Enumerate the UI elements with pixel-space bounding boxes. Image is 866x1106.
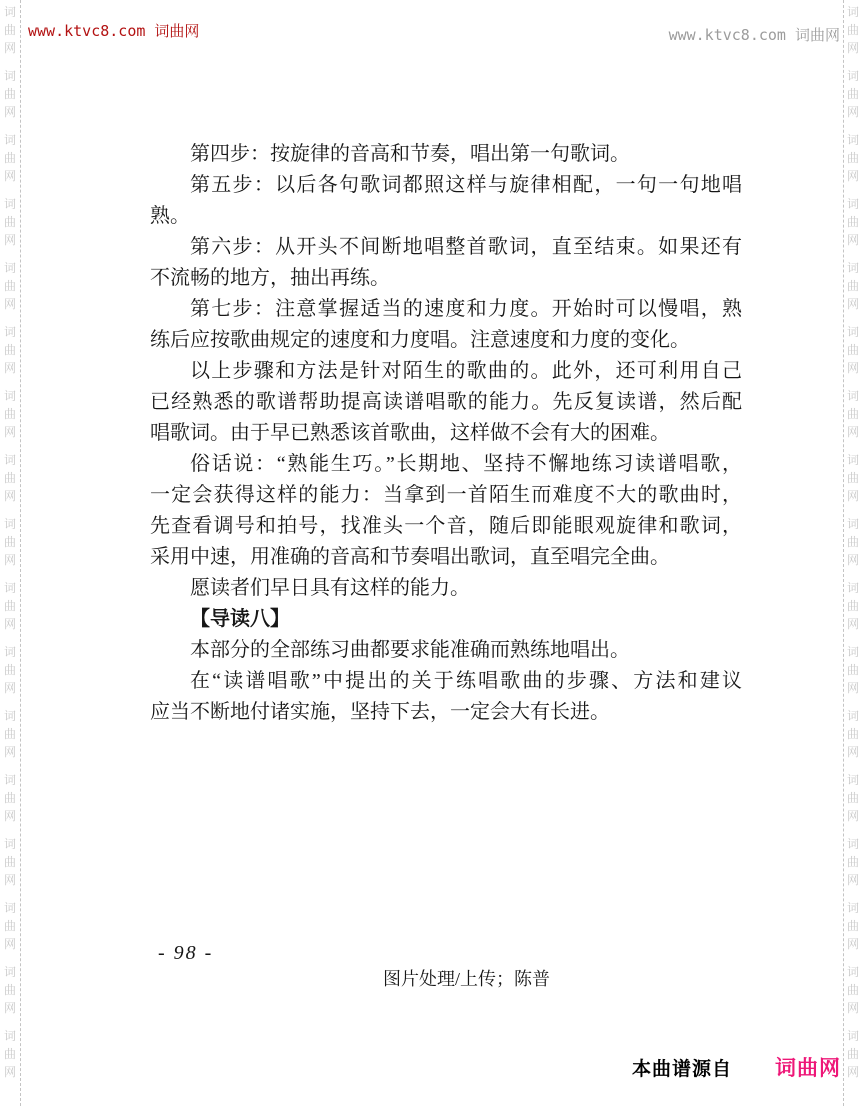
watermark-char: 曲	[846, 85, 860, 103]
watermark-char: 网	[3, 807, 17, 825]
watermark-char: 曲	[846, 853, 860, 871]
watermark-char: 网	[3, 487, 17, 505]
watermark-char: 网	[846, 807, 860, 825]
watermark-char: 曲	[846, 725, 860, 743]
watermark-char: 曲	[3, 853, 17, 871]
watermark-group: 词曲网	[3, 899, 17, 953]
watermark-group: 词曲网	[3, 131, 17, 185]
watermark-group: 词曲网	[3, 707, 17, 761]
watermark-char: 曲	[846, 661, 860, 679]
watermark-char: 网	[846, 679, 860, 697]
watermark-char: 曲	[846, 1045, 860, 1063]
text-line: 第四步：按旋律的音高和节奏，唱出第一句歌词。	[150, 139, 742, 170]
watermark-group: 词曲网	[846, 387, 860, 441]
watermark-group: 词曲网	[846, 67, 860, 121]
watermark-char: 曲	[3, 597, 17, 615]
watermark-char: 曲	[846, 533, 860, 551]
text-line: 先查看调号和拍号，找准头一个音，随后即能眼观旋律和歌词，	[150, 511, 742, 542]
watermark-char: 词	[846, 387, 860, 405]
watermark-char: 词	[3, 259, 17, 277]
watermark-char: 词	[3, 387, 17, 405]
watermark-char: 词	[846, 1027, 860, 1045]
text-line: 以上步骤和方法是针对陌生的歌曲的。此外，还可利用自己	[150, 356, 742, 387]
watermark-char: 网	[3, 103, 17, 121]
scanned-page: 词曲网词曲网词曲网词曲网词曲网词曲网词曲网词曲网词曲网词曲网词曲网词曲网词曲网词…	[0, 0, 866, 1106]
text-line: 本部分的全部练习曲都要求能准确而熟练地唱出。	[150, 635, 742, 666]
watermark-char: 网	[846, 103, 860, 121]
watermark-char: 词	[846, 323, 860, 341]
section-heading: 【导读八】	[150, 604, 742, 635]
watermark-char: 词	[3, 195, 17, 213]
watermark-char: 曲	[3, 981, 17, 999]
watermark-char: 曲	[846, 917, 860, 935]
watermark-char: 曲	[846, 213, 860, 231]
document-text: 第四步：按旋律的音高和节奏，唱出第一句歌词。第五步：以后各句歌词都照这样与旋律相…	[150, 139, 742, 728]
text-line: 熟。	[150, 201, 742, 232]
watermark-char: 词	[846, 259, 860, 277]
watermark-group: 词曲网	[3, 195, 17, 249]
watermark-char: 词	[846, 771, 860, 789]
watermark-char: 网	[846, 295, 860, 313]
watermark-char: 词	[3, 323, 17, 341]
text-line: 不流畅的地方，抽出再练。	[150, 263, 742, 294]
watermark-char: 网	[846, 615, 860, 633]
watermark-group: 词曲网	[846, 771, 860, 825]
watermark-char: 词	[3, 451, 17, 469]
right-watermark-column: 词曲网词曲网词曲网词曲网词曲网词曲网词曲网词曲网词曲网词曲网词曲网词曲网词曲网词…	[846, 0, 860, 1091]
watermark-char: 曲	[3, 533, 17, 551]
watermark-char: 词	[3, 771, 17, 789]
watermark-char: 网	[846, 1063, 860, 1081]
header-left-url: www.ktvc8.com 词曲网	[28, 20, 199, 41]
watermark-char: 曲	[3, 405, 17, 423]
text-line: 一定会获得这样的能力：当拿到一首陌生而难度不大的歌曲时，	[150, 480, 742, 511]
watermark-group: 词曲网	[3, 643, 17, 697]
watermark-char: 词	[3, 131, 17, 149]
watermark-char: 网	[3, 551, 17, 569]
watermark-char: 网	[846, 935, 860, 953]
watermark-group: 词曲网	[846, 963, 860, 1017]
watermark-char: 词	[846, 643, 860, 661]
watermark-group: 词曲网	[846, 323, 860, 377]
watermark-char: 词	[3, 515, 17, 533]
source-label: 本曲谱源自	[632, 1054, 732, 1081]
watermark-char: 网	[846, 871, 860, 889]
watermark-group: 词曲网	[846, 515, 860, 569]
watermark-group: 词曲网	[846, 899, 860, 953]
watermark-group: 词曲网	[3, 451, 17, 505]
watermark-group: 词曲网	[846, 1027, 860, 1081]
watermark-char: 词	[3, 1027, 17, 1045]
watermark-char: 网	[846, 231, 860, 249]
text-line: 练后应按歌曲规定的速度和力度唱。注意速度和力度的变化。	[150, 325, 742, 356]
watermark-char: 网	[846, 167, 860, 185]
text-line: 第五步：以后各句歌词都照这样与旋律相配，一句一句地唱	[150, 170, 742, 201]
watermark-char: 曲	[3, 1045, 17, 1063]
watermark-char: 词	[846, 963, 860, 981]
text-line: 愿读者们早日具有这样的能力。	[150, 573, 742, 604]
watermark-group: 词曲网	[3, 323, 17, 377]
watermark-char: 词	[846, 579, 860, 597]
watermark-char: 曲	[3, 469, 17, 487]
text-line: 应当不断地付诸实施，坚持下去，一定会大有长进。	[150, 697, 742, 728]
watermark-group: 词曲网	[846, 3, 860, 57]
watermark-char: 曲	[846, 981, 860, 999]
watermark-char: 网	[3, 39, 17, 57]
watermark-char: 曲	[846, 21, 860, 39]
source-site-logo: 词曲网	[775, 1052, 841, 1082]
watermark-char: 网	[3, 615, 17, 633]
watermark-char: 网	[846, 359, 860, 377]
watermark-char: 网	[3, 743, 17, 761]
watermark-char: 曲	[846, 277, 860, 295]
watermark-char: 网	[3, 935, 17, 953]
watermark-char: 网	[846, 423, 860, 441]
watermark-char: 词	[3, 3, 17, 21]
watermark-char: 曲	[3, 661, 17, 679]
watermark-char: 网	[3, 167, 17, 185]
watermark-char: 网	[846, 39, 860, 57]
watermark-char: 网	[3, 231, 17, 249]
page-number: - 98 -	[158, 942, 213, 965]
watermark-char: 曲	[3, 85, 17, 103]
watermark-group: 词曲网	[846, 707, 860, 761]
watermark-char: 曲	[846, 469, 860, 487]
watermark-char: 曲	[3, 21, 17, 39]
watermark-char: 词	[3, 707, 17, 725]
watermark-char: 网	[846, 487, 860, 505]
watermark-char: 网	[3, 295, 17, 313]
text-line: 第六步：从开头不间断地唱整首歌词，直至结束。如果还有	[150, 232, 742, 263]
watermark-char: 词	[3, 835, 17, 853]
watermark-group: 词曲网	[846, 643, 860, 697]
watermark-char: 词	[846, 67, 860, 85]
watermark-char: 词	[846, 515, 860, 533]
watermark-group: 词曲网	[846, 835, 860, 889]
watermark-group: 词曲网	[846, 131, 860, 185]
text-line: 在“读谱唱歌”中提出的关于练唱歌曲的步骤、方法和建议	[150, 666, 742, 697]
watermark-char: 词	[3, 963, 17, 981]
watermark-char: 曲	[846, 789, 860, 807]
watermark-group: 词曲网	[3, 771, 17, 825]
watermark-group: 词曲网	[3, 835, 17, 889]
watermark-char: 曲	[3, 341, 17, 359]
watermark-char: 曲	[846, 341, 860, 359]
watermark-char: 网	[846, 999, 860, 1017]
left-watermark-column: 词曲网词曲网词曲网词曲网词曲网词曲网词曲网词曲网词曲网词曲网词曲网词曲网词曲网词…	[3, 0, 17, 1091]
watermark-char: 词	[3, 643, 17, 661]
header-right-url: www.ktvc8.com 词曲网	[669, 24, 840, 45]
watermark-char: 曲	[3, 277, 17, 295]
watermark-char: 网	[3, 423, 17, 441]
watermark-char: 网	[3, 1063, 17, 1081]
text-line: 已经熟悉的歌谱帮助提高读谱唱歌的能力。先反复读谱，然后配	[150, 387, 742, 418]
text-line: 采用中速，用准确的音高和节奏唱出歌词，直至唱完全曲。	[150, 542, 742, 573]
watermark-char: 词	[846, 707, 860, 725]
watermark-char: 曲	[3, 149, 17, 167]
text-line: 第七步：注意掌握适当的速度和力度。开始时可以慢唱，熟	[150, 294, 742, 325]
watermark-char: 词	[3, 67, 17, 85]
watermark-char: 网	[3, 871, 17, 889]
watermark-group: 词曲网	[3, 3, 17, 57]
text-line: 唱歌词。由于早已熟悉该首歌曲，这样做不会有大的困难。	[150, 418, 742, 449]
watermark-char: 网	[846, 743, 860, 761]
upload-credit: 图片处理/上传；陈普	[383, 965, 550, 991]
watermark-char: 词	[846, 3, 860, 21]
watermark-char: 网	[846, 551, 860, 569]
watermark-group: 词曲网	[3, 515, 17, 569]
watermark-group: 词曲网	[3, 963, 17, 1017]
left-dashed-border	[20, 0, 21, 1106]
watermark-char: 曲	[3, 789, 17, 807]
watermark-group: 词曲网	[3, 387, 17, 441]
watermark-char: 词	[846, 451, 860, 469]
watermark-char: 词	[3, 899, 17, 917]
watermark-group: 词曲网	[846, 195, 860, 249]
watermark-char: 词	[846, 131, 860, 149]
watermark-char: 曲	[3, 917, 17, 935]
watermark-group: 词曲网	[3, 579, 17, 633]
text-line: 俗话说：“熟能生巧。”长期地、坚持不懈地练习读谱唱歌，	[150, 449, 742, 480]
watermark-char: 网	[3, 679, 17, 697]
watermark-char: 词	[3, 579, 17, 597]
watermark-group: 词曲网	[3, 67, 17, 121]
watermark-char: 词	[846, 835, 860, 853]
watermark-group: 词曲网	[3, 1027, 17, 1081]
watermark-char: 词	[846, 899, 860, 917]
watermark-char: 曲	[846, 597, 860, 615]
watermark-group: 词曲网	[3, 259, 17, 313]
watermark-char: 曲	[3, 725, 17, 743]
watermark-char: 词	[846, 195, 860, 213]
right-dashed-border	[843, 0, 844, 1106]
watermark-group: 词曲网	[846, 451, 860, 505]
watermark-char: 曲	[846, 405, 860, 423]
watermark-group: 词曲网	[846, 579, 860, 633]
watermark-group: 词曲网	[846, 259, 860, 313]
watermark-char: 网	[3, 359, 17, 377]
watermark-char: 曲	[846, 149, 860, 167]
watermark-char: 曲	[3, 213, 17, 231]
watermark-char: 网	[3, 999, 17, 1017]
